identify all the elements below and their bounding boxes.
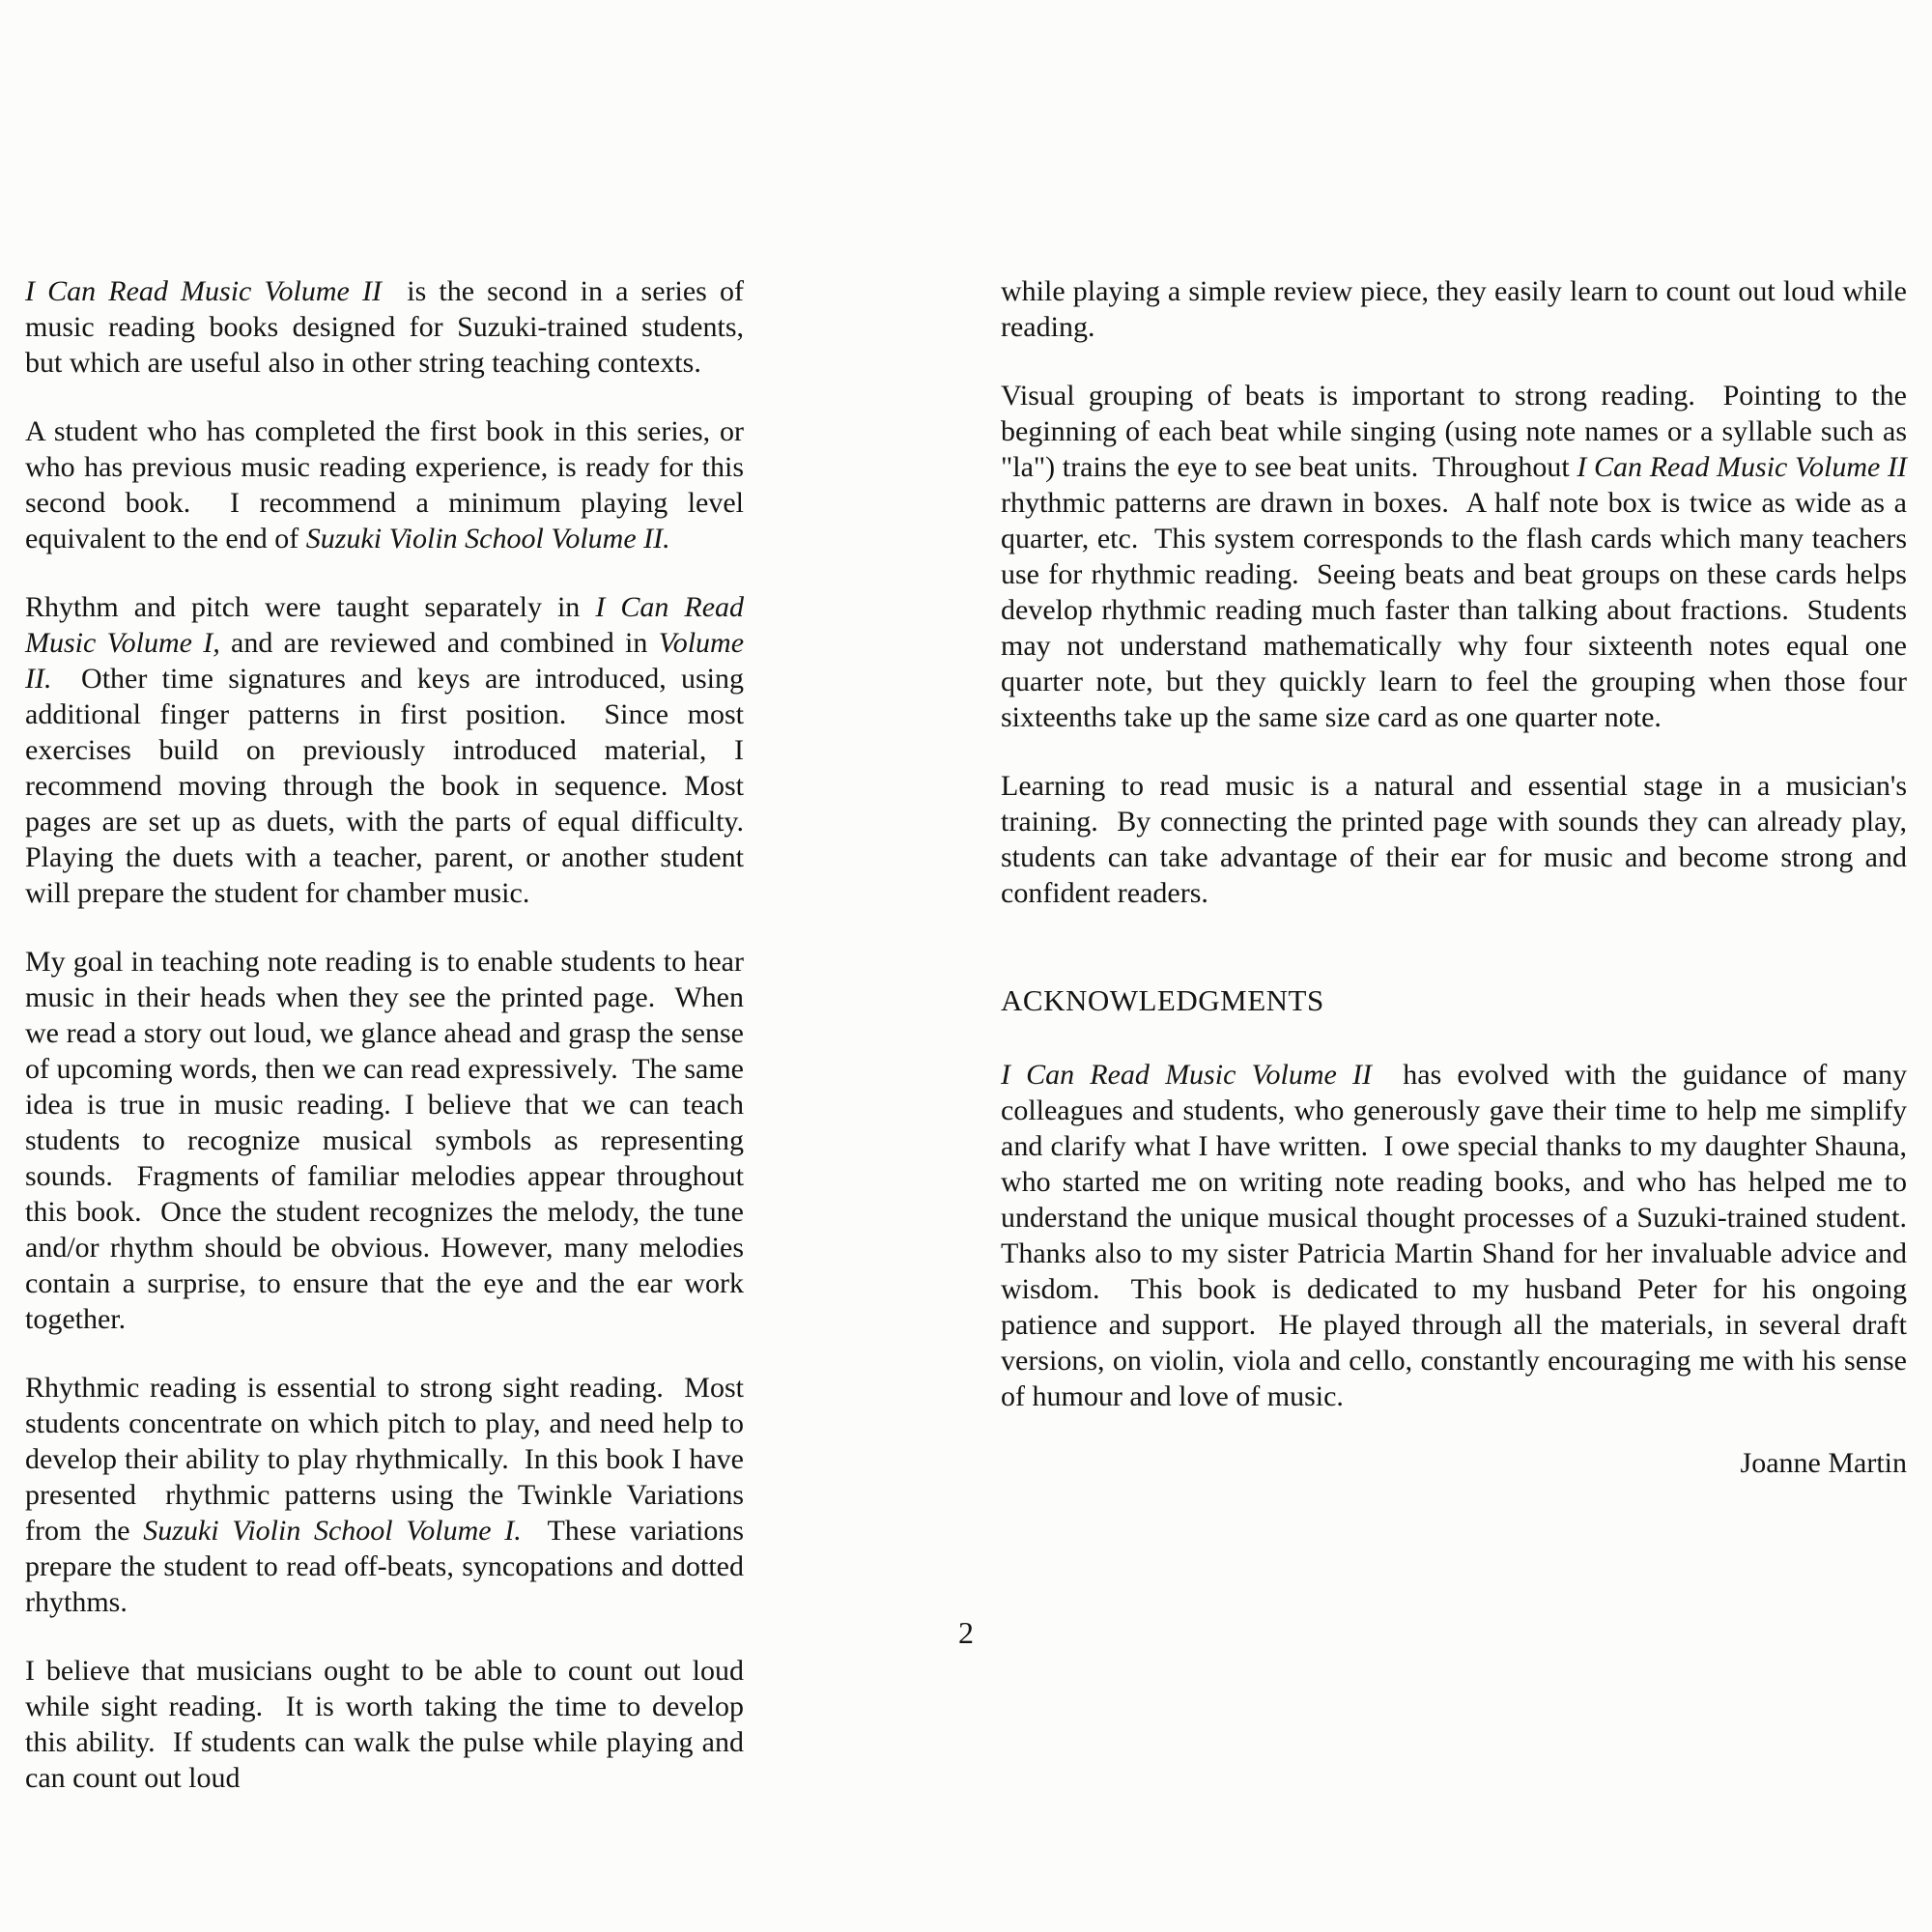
acknowledgments-heading: ACKNOWLEDGMENTS — [1001, 982, 1907, 1018]
right-column: while playing a simple review piece, the… — [1001, 273, 1907, 1481]
text-run: while playing a simple review piece, the… — [1001, 275, 1915, 343]
paragraph: A student who has completed the first bo… — [25, 413, 744, 556]
text-run: My goal in teaching note reading is to e… — [25, 946, 752, 1335]
text-run: and are reviewed and combined in — [220, 627, 659, 659]
acknowledgments-body: I Can Read Music Volume II has evolved w… — [1001, 1057, 1907, 1414]
italic-text-run: Suzuki Violin School Volume I. — [143, 1515, 521, 1547]
page-number: 2 — [0, 1615, 1932, 1651]
text-run: rhythmic patterns are drawn in boxes. A … — [1001, 451, 1915, 733]
italic-text-run: I Can Read Music Volume II — [25, 275, 382, 307]
paragraph: I Can Read Music Volume II is the second… — [25, 273, 744, 381]
paragraph: I Can Read Music Volume II has evolved w… — [1001, 1057, 1907, 1414]
paragraph: Learning to read music is a natural and … — [1001, 768, 1907, 911]
italic-text-run: I Can Read Music Volume II — [1577, 451, 1907, 483]
paragraph: I believe that musicians ought to be abl… — [25, 1653, 744, 1796]
paragraph: Rhythmic reading is essential to strong … — [25, 1370, 744, 1620]
text-run: Other time signatures and keys are intro… — [25, 663, 758, 909]
text-run: has evolved with the guidance of many co… — [1001, 1059, 1921, 1412]
paragraph: while playing a simple review piece, the… — [1001, 273, 1907, 345]
author-signature: Joanne Martin — [1001, 1445, 1907, 1481]
italic-text-run: I Can Read Music Volume II — [1001, 1059, 1372, 1091]
document-page: I Can Read Music Volume II is the second… — [0, 0, 1932, 1932]
paragraph: My goal in teaching note reading is to e… — [25, 944, 744, 1337]
text-run: Rhythm and pitch were taught separately … — [25, 591, 595, 623]
text-run: Learning to read music is a natural and … — [1001, 770, 1915, 909]
paragraph: Visual grouping of beats is important to… — [1001, 378, 1907, 735]
text-run: I believe that musicians ought to be abl… — [25, 1655, 752, 1794]
right-column-top: while playing a simple review piece, the… — [1001, 273, 1907, 911]
italic-text-run: Suzuki Violin School Volume II. — [306, 523, 670, 554]
paragraph: Rhythm and pitch were taught separately … — [25, 589, 744, 911]
left-column: I Can Read Music Volume II is the second… — [25, 273, 744, 1796]
